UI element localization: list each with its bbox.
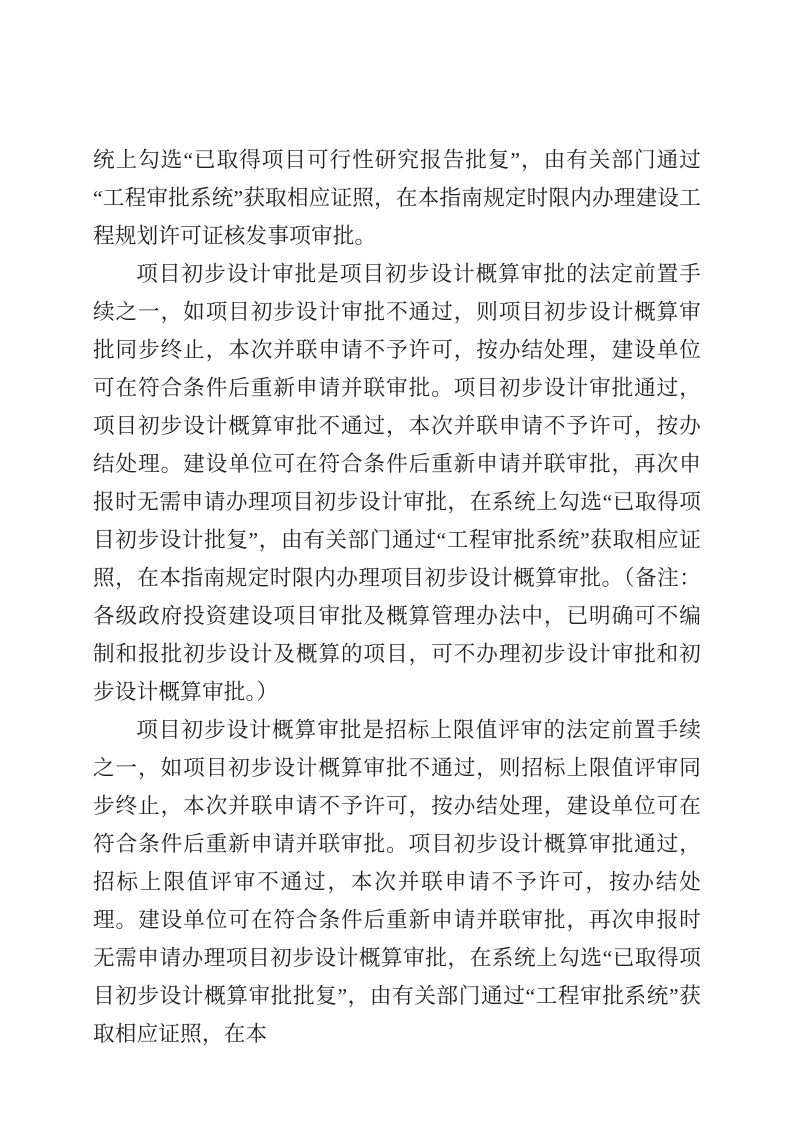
paragraph-continuation: 统上勾选“已取得项目可行性研究报告批复”，由有关部门通过“工程审批系统”获取相应… (93, 141, 701, 255)
paragraph-preliminary-design-approval: 项目初步设计审批是项目初步设计概算审批的法定前置手续之一，如项目初步设计审批不通… (93, 255, 701, 711)
document-body: 统上勾选“已取得项目可行性研究报告批复”，由有关部门通过“工程审批系统”获取相应… (93, 141, 701, 1053)
paragraph-design-estimate-approval: 项目初步设计概算审批是招标上限值评审的法定前置手续之一，如项目初步设计概算审批不… (93, 711, 701, 1053)
document-page: 统上勾选“已取得项目可行性研究报告批复”，由有关部门通过“工程审批系统”获取相应… (0, 0, 793, 1122)
